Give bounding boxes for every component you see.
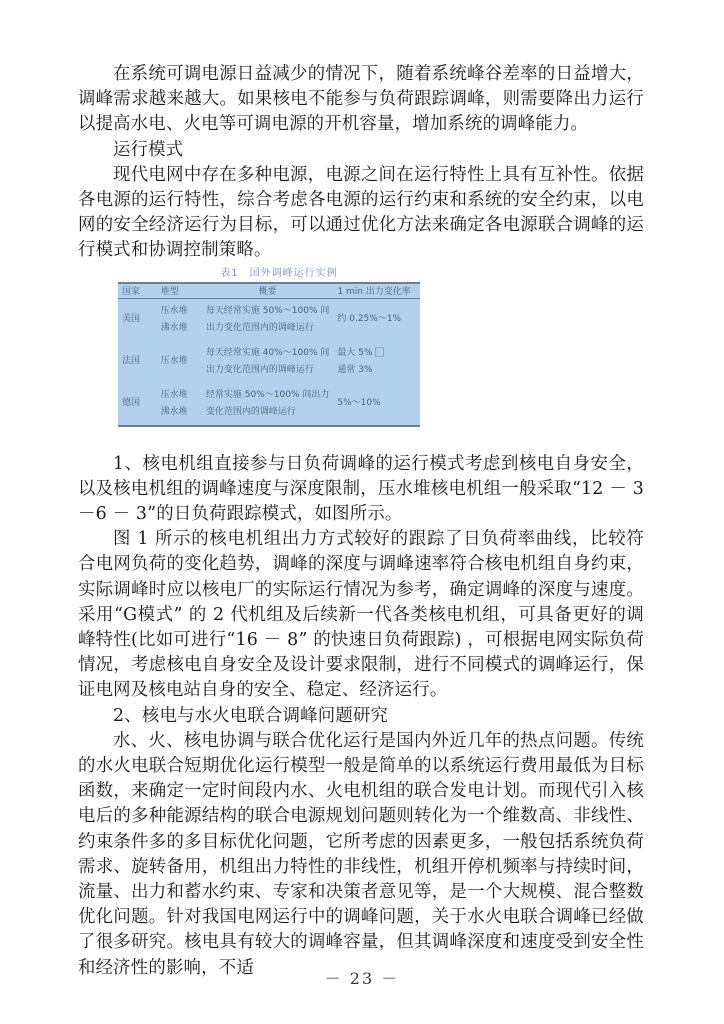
header-rate: 1 min 出力变化率 (333, 283, 420, 299)
cell-reactor-type: 压水堆 沸水堆 (157, 298, 202, 341)
cell-rate: 最大 5% 通常 3% (333, 341, 420, 383)
body-continued: 1、核电机组直接参与日负荷调峰的运行模式考虑到核电自身安全，以及核电机组的调峰速… (78, 452, 644, 981)
paragraph-hydro-thermal-nuclear: 水、火、核电协调与联合优化运行是国内外近几年的热点问题。传统的水火电联合短期优化… (78, 729, 644, 981)
reactor-type-line: 压水堆 (161, 303, 198, 320)
cell-country: 美国 (118, 298, 157, 341)
rate-line: 5%～10% (337, 395, 416, 412)
summary-line: 每天经常实施 50%～100% 间 (206, 303, 329, 320)
cell-country: 德国 (118, 383, 157, 426)
summary-line: 变化范围内的调峰运行 (206, 404, 329, 421)
table-figure: 表1 国外调峰运行实例 国家 堆型 概要 1 min 出力变化率 美国 压水堆 … (118, 266, 420, 446)
cell-rate: 5%～10% (333, 383, 420, 426)
rate-line: 最大 5% (337, 348, 372, 358)
cell-country: 法国 (118, 341, 157, 383)
cell-rate: 约 0.25%～1% (333, 298, 420, 341)
reactor-type-line: 压水堆 (161, 387, 198, 404)
header-reactor-type: 堆型 (157, 283, 202, 299)
document-page: 在系统可调电源日益减少的情况下，随着系统峰谷差率的日益增大，调峰需求越来越大。如… (78, 62, 644, 981)
summary-line: 出力变化范围内的调峰运行 (206, 362, 329, 379)
paragraph-figure-1-description: 图 1 所示的核电机组出力方式较好的跟踪了日负荷率曲线，比较符合电网负荷的变化趋… (78, 527, 644, 703)
summary-line: 经常实施 50%～100% 间出力 (206, 387, 329, 404)
section-heading-operation-mode: 运行模式 (78, 138, 644, 163)
rate-line: 通常 3% (337, 362, 416, 379)
reactor-type-line: 压水堆 (161, 353, 198, 370)
table-header-row: 国家 堆型 概要 1 min 出力变化率 (118, 283, 420, 299)
paragraph-modern-grid: 现代电网中存在多种电源，电源之间在运行特性上具有互补性。依据各电源的运行特性，综… (78, 163, 644, 264)
reactor-type-line: 沸水堆 (161, 320, 198, 337)
cell-summary: 每天经常实施 50%～100% 间 出力变化范围内的调峰运行 (202, 298, 333, 341)
table-row: 法国 压水堆 每天经常实施 40%～100% 间 出力变化范围内的调峰运行 最大… (118, 341, 420, 383)
header-country: 国家 (118, 283, 157, 299)
paragraph-peak-demand: 在系统可调电源日益减少的情况下，随着系统峰谷差率的日益增大，调峰需求越来越大。如… (78, 62, 644, 138)
paste-options-icon[interactable] (375, 347, 384, 357)
peak-regulation-table: 国家 堆型 概要 1 min 出力变化率 美国 压水堆 沸水堆 每天经常实施 5… (118, 282, 420, 427)
cell-reactor-type: 压水堆 沸水堆 (157, 383, 202, 426)
cell-reactor-type: 压水堆 (157, 341, 202, 383)
summary-line: 每天经常实施 40%～100% 间 (206, 345, 329, 362)
section-heading-joint-peak-regulation: 2、核电与水火电联合调峰问题研究 (78, 704, 644, 729)
table-row: 美国 压水堆 沸水堆 每天经常实施 50%～100% 间 出力变化范围内的调峰运… (118, 298, 420, 341)
paragraph-daily-load-following: 1、核电机组直接参与日负荷调峰的运行模式考虑到核电自身安全，以及核电机组的调峰速… (78, 452, 644, 528)
page-number: － 23 － (0, 966, 724, 989)
reactor-type-line: 沸水堆 (161, 404, 198, 421)
rate-line: 约 0.25%～1% (337, 311, 416, 328)
cell-summary: 经常实施 50%～100% 间出力 变化范围内的调峰运行 (202, 383, 333, 426)
cell-summary: 每天经常实施 40%～100% 间 出力变化范围内的调峰运行 (202, 341, 333, 383)
table-caption: 表1 国外调峰运行实例 (118, 266, 420, 282)
summary-line: 出力变化范围内的调峰运行 (206, 320, 329, 337)
table-row: 德国 压水堆 沸水堆 经常实施 50%～100% 间出力 变化范围内的调峰运行 … (118, 383, 420, 426)
header-summary: 概要 (202, 283, 333, 299)
